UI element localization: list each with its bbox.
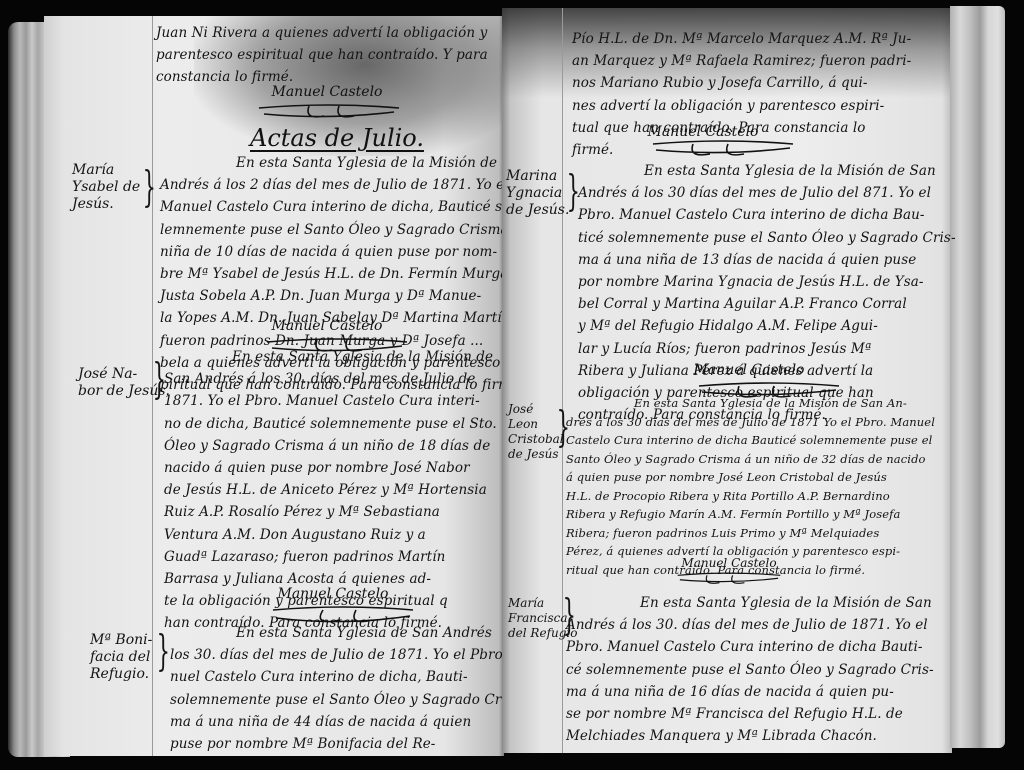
text-line: Refugio. — [90, 666, 152, 683]
text-line: Leon — [508, 417, 564, 432]
text-line: lemnemente puse el Santo Óleo y Sagrado … — [160, 219, 551, 241]
text-line: nuel Castelo Cura interino de dicha, Bau… — [170, 666, 538, 688]
entry-text: En esta Santa Yglesia de San Andrés los … — [170, 622, 538, 755]
text-line: ma á una niña de 13 días de nacida á qui… — [578, 249, 956, 271]
text-line: solemnemente puse el Santo Óleo y Sagrad… — [170, 689, 538, 711]
text-line: facia del — [90, 649, 152, 666]
open-register-book: 2030 Juan Ni Rivera a quienes advertí la… — [0, 0, 1024, 770]
text-line: los 30. días del mes de Julio de 1871. Y… — [170, 644, 538, 666]
text-line: En esta Santa Yglesia de la Misión de — [164, 346, 497, 368]
text-line: ticé solemnemente puse el Santo Óleo y S… — [578, 227, 956, 249]
text-line: de Jesús H.L. de Aniceto Pérez y Mª Hort… — [164, 479, 497, 501]
text-line: Santo Óleo y Sagrado Crisma á un niño de… — [566, 450, 935, 469]
text-line: Ygnacia — [506, 185, 569, 202]
text-line: Andrés á los 30 días del mes de Julio de… — [578, 182, 956, 204]
text-line: Andrés á los 30. días del mes de Julio d… — [566, 614, 934, 636]
text-line: En esta Santa Yglesia de la Misión de Sa… — [160, 152, 551, 174]
brace: } — [157, 630, 170, 672]
text-line: puse por nombre Mª Bonifacia del Re- — [170, 733, 538, 755]
text-line: En esta Santa Yglesia de la Misión de Sa… — [566, 394, 935, 413]
text-line: de Jesús — [508, 447, 564, 462]
text-line: drés á los 30 días del mes de Julio de 1… — [566, 413, 935, 432]
text-line: Juan Ni Rivera a quienes advertí la obli… — [156, 22, 488, 44]
text-line: Ruiz A.P. Rosalío Pérez y Mª Sebastiana — [164, 501, 497, 523]
text-line: nos Mariano Rubio y Josefa Carrillo, á q… — [572, 72, 911, 94]
text-line: María — [72, 162, 140, 179]
text-line: En esta Santa Yglesia de la Misión de Sa… — [578, 160, 956, 182]
margin-name: Mª Boni- facia del Refugio. — [90, 632, 152, 683]
text-line: y Mª del Refugio Hidalgo A.M. Felipe Agu… — [578, 315, 956, 337]
entry-text: En esta Santa Yglesia de la Misión de Sa… — [566, 592, 934, 747]
signature-flourish — [648, 138, 798, 160]
text-line: de Jesús. — [506, 202, 569, 219]
text-line: cé solemnemente puse el Santo Óleo y Sag… — [566, 659, 934, 681]
section-heading: Actas de Julio. — [250, 124, 424, 152]
signature: Manuel Castelo — [262, 318, 392, 334]
signature-flourish — [674, 568, 784, 590]
text-line: Pbro. Manuel Castelo Cura interino de di… — [566, 636, 934, 658]
text-line: Óleo y Sagrado Crisma á un niño de 18 dí… — [164, 435, 497, 457]
brace: } — [143, 166, 156, 208]
text-line: parentesco espiritual que han contraído.… — [156, 44, 488, 66]
text-line: Andrés á los 2 días del mes de Julio de … — [160, 174, 551, 196]
text-line: no de dicha, Bauticé solemnemente puse e… — [164, 413, 497, 435]
text-line: San Andrés á los 30. días del mes de Jul… — [164, 368, 497, 390]
text-line: Ysabel de — [72, 179, 140, 196]
text-line: se por nombre Mª Francisca del Refugio H… — [566, 703, 934, 725]
margin-name: José Leon Cristobal de Jesús — [508, 402, 564, 462]
text-line: Melchiades Manquera y Mª Librada Chacón. — [566, 725, 934, 747]
text-line: á quien puse por nombre José Leon Cristo… — [566, 468, 935, 487]
text-line: an Marquez y Mª Rafaela Ramirez; fueron … — [572, 50, 911, 72]
text-line: José — [508, 402, 564, 417]
text-line: Pío H.L. de Dn. Mª Marcelo Marquez A.M. … — [572, 28, 911, 50]
text-line: H.L. de Procopio Ribera y Rita Portillo … — [566, 487, 935, 506]
text-line: En esta Santa Yglesia de San Andrés — [170, 622, 538, 644]
edge-note-fragments — [986, 66, 1004, 746]
text-line: niña de 10 días de nacida á quien puse p… — [160, 241, 551, 263]
text-line: Marina — [506, 168, 569, 185]
text-line: Pbro. Manuel Castelo Cura interino de di… — [578, 204, 956, 226]
text-line: En esta Santa Yglesia de la Misión de Sa… — [566, 592, 934, 614]
text-line: Ribera y Refugio Marín A.M. Fermín Porti… — [566, 505, 935, 524]
text-line: Ventura A.M. Don Augustano Ruiz y a — [164, 524, 497, 546]
text-line: 1871. Yo el Pbro. Manuel Castelo Cura in… — [164, 390, 497, 412]
text-line: Guadª Lazaraso; fueron padrinos Martín — [164, 546, 497, 568]
text-line: bel Corral y Martina Aguilar A.P. Franco… — [578, 293, 956, 315]
text-line: lar y Lucía Ríos; fueron padrinos Jesús … — [578, 338, 956, 360]
text-line: Jesús. — [72, 196, 140, 213]
entry-text: En esta Santa Yglesia de la Misión de Sa… — [566, 394, 935, 579]
margin-rule — [562, 8, 563, 753]
text-line: ma á una niña de 16 días de nacida á qui… — [566, 681, 934, 703]
margin-name: María Ysabel de Jesús. — [72, 162, 140, 213]
left-continuation-text: Juan Ni Rivera a quienes advertí la obli… — [156, 22, 488, 89]
signature-flourish — [254, 100, 404, 122]
signature: Manuel Castelo — [262, 84, 392, 100]
text-line: Manuel Castelo Cura interino de dicha, B… — [160, 196, 551, 218]
text-line: Cristobal — [508, 432, 564, 447]
text-line: nes advertí la obligación y parentesco e… — [572, 95, 911, 117]
signature: Manuel Castelo — [268, 586, 398, 602]
text-line: nacido á quien puse por nombre José Nabo… — [164, 457, 497, 479]
right-page-edges — [950, 6, 1005, 748]
text-line: Ribera; fueron padrinos Luis Primo y Mª … — [566, 524, 935, 543]
text-line: por nombre Marina Ygnacia de Jesús H.L. … — [578, 271, 956, 293]
margin-name: Marina Ygnacia de Jesús. — [506, 168, 569, 219]
text-line: ma á una niña de 44 días de nacida á qui… — [170, 711, 538, 733]
text-line: Castelo Cura interino de dicha Bauticé s… — [566, 431, 935, 450]
text-line: Justa Sobela A.P. Dn. Juan Murga y Dª Ma… — [160, 285, 551, 307]
signature: Manuel Castelo — [684, 362, 814, 378]
text-line: bre Mª Ysabel de Jesús H.L. de Dn. Fermí… — [160, 263, 551, 285]
text-line: Mª Boni- — [90, 632, 152, 649]
